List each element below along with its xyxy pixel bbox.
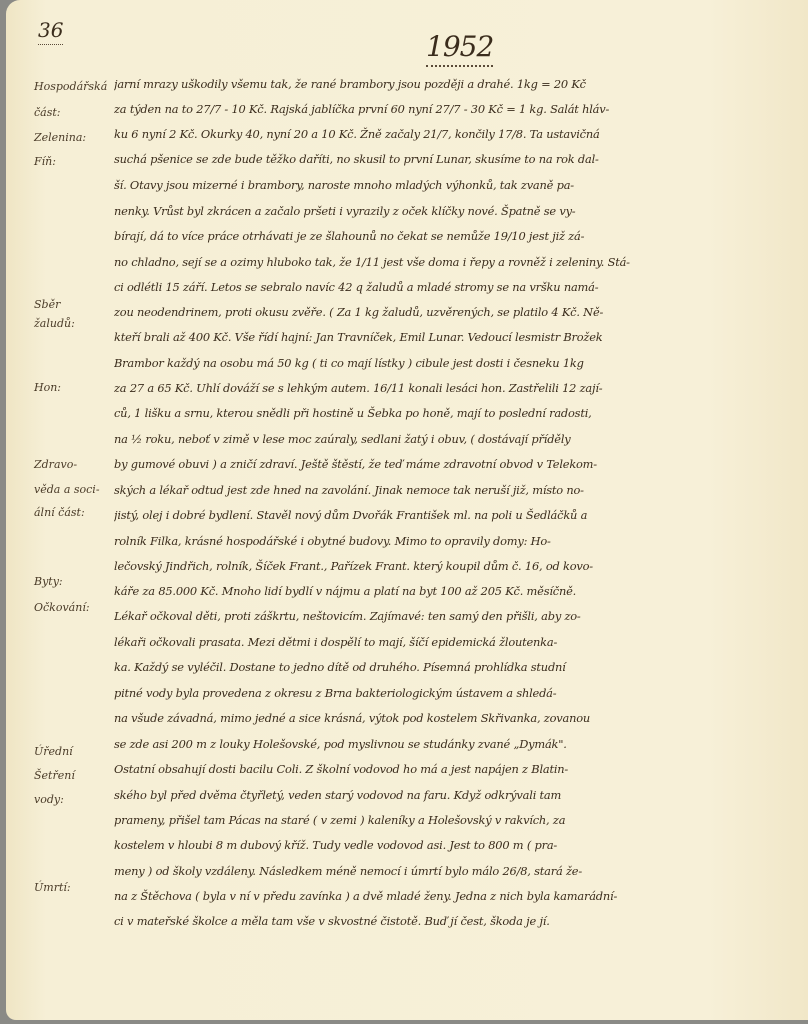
text-line: rolník Filka, krásné hospodářské i obytn… bbox=[114, 534, 734, 548]
text-line: Brambor každý na osobu má 50 kg ( ti co … bbox=[114, 356, 734, 370]
margin-note: Byty: bbox=[34, 568, 114, 595]
text-line: no chladno, sejí se a ozimy hluboko tak,… bbox=[114, 255, 734, 269]
margin-note: Zelenina: bbox=[34, 124, 114, 151]
margin-note: Šetření bbox=[34, 762, 114, 789]
margin-note: část: bbox=[34, 99, 114, 126]
text-line: ci v mateřské školce a měla tam vše v sk… bbox=[114, 914, 734, 928]
margin-note: vody: bbox=[34, 786, 114, 813]
text-line: ců, 1 lišku a srnu, kterou snědli při ho… bbox=[114, 406, 734, 420]
text-line: jistý, olej i dobré bydlení. Stavěl nový… bbox=[114, 508, 734, 522]
margin-note: Úmrtí: bbox=[34, 874, 114, 901]
text-line: lékaři očkovali prasata. Mezi dětmi i do… bbox=[114, 635, 734, 649]
text-line: meny ) od školy vzdáleny. Následkem méně… bbox=[114, 864, 734, 878]
text-line: Ostatní obsahují dosti bacilu Coli. Z šk… bbox=[114, 762, 734, 776]
text-line: ských a lékař odtud jest zde hned na zav… bbox=[114, 483, 734, 497]
margin-note: Hospodářská bbox=[34, 73, 114, 100]
text-line: ku 6 nyní 2 Kč. Okurky 40, nyní 20 a 10 … bbox=[114, 127, 734, 141]
text-line: ka. Každý se vyléčil. Dostane to jedno d… bbox=[114, 660, 734, 674]
chronicle-page: 36 1952 Hospodářskáčást:Zelenina:Fíň:Sbě… bbox=[6, 0, 808, 1020]
page-year-heading: 1952 bbox=[426, 30, 493, 67]
text-line: za týden na to 27/7 - 10 Kč. Rajská jabl… bbox=[114, 102, 734, 116]
text-line: na všude závadná, mimo jedné a sice krás… bbox=[114, 711, 734, 725]
text-line: lečovský Jindřich, rolník, Šíček Frant.,… bbox=[114, 559, 734, 573]
text-line: jarní mrazy uškodily všemu tak, že rané … bbox=[114, 77, 734, 91]
text-line: nenky. Vrůst byl zkrácen a začalo pršeti… bbox=[114, 204, 734, 218]
text-line: zou neodendrinem, proti okusu zvěře. ( Z… bbox=[114, 305, 734, 319]
text-line: ci odlétli 15 září. Letos se sebralo nav… bbox=[114, 280, 734, 294]
text-line: suchá pšenice se zde bude těžko daříti, … bbox=[114, 152, 734, 166]
text-line: na z Štěchova ( byla v ní v předu zavínk… bbox=[114, 889, 734, 903]
text-line: na ½ roku, neboť v zimě v lese moc zaúra… bbox=[114, 432, 734, 446]
text-line: by gumové obuvi ) a zničí zdraví. Ještě … bbox=[114, 457, 734, 471]
text-line: kteří brali až 400 Kč. Vše řídí hajní: J… bbox=[114, 330, 734, 344]
margin-note: Fíň: bbox=[34, 148, 114, 175]
text-line: za 27 a 65 Kč. Uhlí dováží se s lehkým a… bbox=[114, 381, 734, 395]
text-line: prameny, přišel tam Pácas na staré ( v z… bbox=[114, 813, 734, 827]
page-number: 36 bbox=[38, 18, 63, 45]
text-line: ského byl před dvěma čtyřletý, veden sta… bbox=[114, 788, 734, 802]
margin-note: žaludů: bbox=[34, 310, 114, 337]
margin-note: ální část: bbox=[34, 499, 114, 526]
margin-note: Hon: bbox=[34, 374, 114, 401]
margin-note: Očkování: bbox=[34, 594, 114, 621]
text-line: bírají, dá to více práce otrhávati je ze… bbox=[114, 229, 734, 243]
text-line: káře za 85.000 Kč. Mnoho lidí bydlí v ná… bbox=[114, 584, 734, 598]
text-line: kostelem v hloubi 8 m dubový kříž. Tudy … bbox=[114, 838, 734, 852]
margin-note: Úřední bbox=[34, 738, 114, 765]
text-line: pitné vody byla provedena z okresu z Brn… bbox=[114, 686, 734, 700]
text-line: se zde asi 200 m z louky Holešovské, pod… bbox=[114, 737, 734, 751]
text-line: ší. Otavy jsou mizerné i brambory, naros… bbox=[114, 178, 734, 192]
text-line: Lékař očkoval děti, proti záškrtu, nešto… bbox=[114, 609, 734, 623]
margin-note: Zdravo- bbox=[34, 451, 114, 478]
